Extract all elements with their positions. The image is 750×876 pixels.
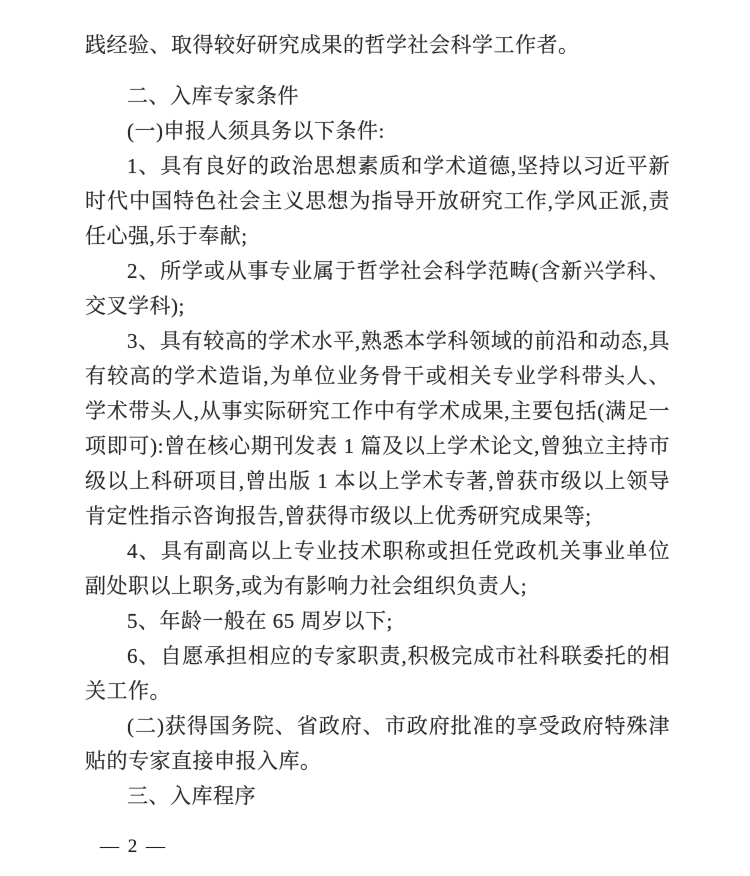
subheading-special-allowance-experts: (二)获得国务院、省政府、市政府批准的享受政府特殊津贴的专家直接申报入库。 [85, 709, 670, 779]
section-heading-entry-conditions: 二、入库专家条件 [85, 79, 670, 114]
condition-item-1: 1、具有良好的政治思想素质和学术道德,坚持以习近平新时代中国特色社会主义思想为指… [85, 149, 670, 254]
subheading-applicant-conditions: (一)申报人须具务以下条件: [85, 114, 670, 149]
scanned-document-page: 践经验、取得较好研究成果的哲学社会科学工作者。 二、入库专家条件 (一)申报人须… [0, 0, 750, 876]
condition-item-5: 5、年龄一般在 65 周岁以下; [85, 604, 670, 639]
condition-item-6: 6、自愿承担相应的专家职责,积极完成市社科联委托的相关工作。 [85, 639, 670, 709]
condition-item-3: 3、具有较高的学术水平,熟悉本学科领域的前沿和动态,具有较高的学术造诣,为单位业… [85, 324, 670, 534]
condition-item-2: 2、所学或从事专业属于哲学社会科学范畴(含新兴学科、交叉学科); [85, 254, 670, 324]
section-heading-entry-procedure: 三、入库程序 [85, 779, 670, 814]
document-content: 践经验、取得较好研究成果的哲学社会科学工作者。 二、入库专家条件 (一)申报人须… [85, 28, 670, 814]
page-number: — 2 — [100, 836, 167, 858]
continuation-line: 践经验、取得较好研究成果的哲学社会科学工作者。 [85, 28, 670, 63]
condition-item-4: 4、具有副高以上专业技术职称或担任党政机关事业单位副处职以上职务,或为有影响力社… [85, 534, 670, 604]
